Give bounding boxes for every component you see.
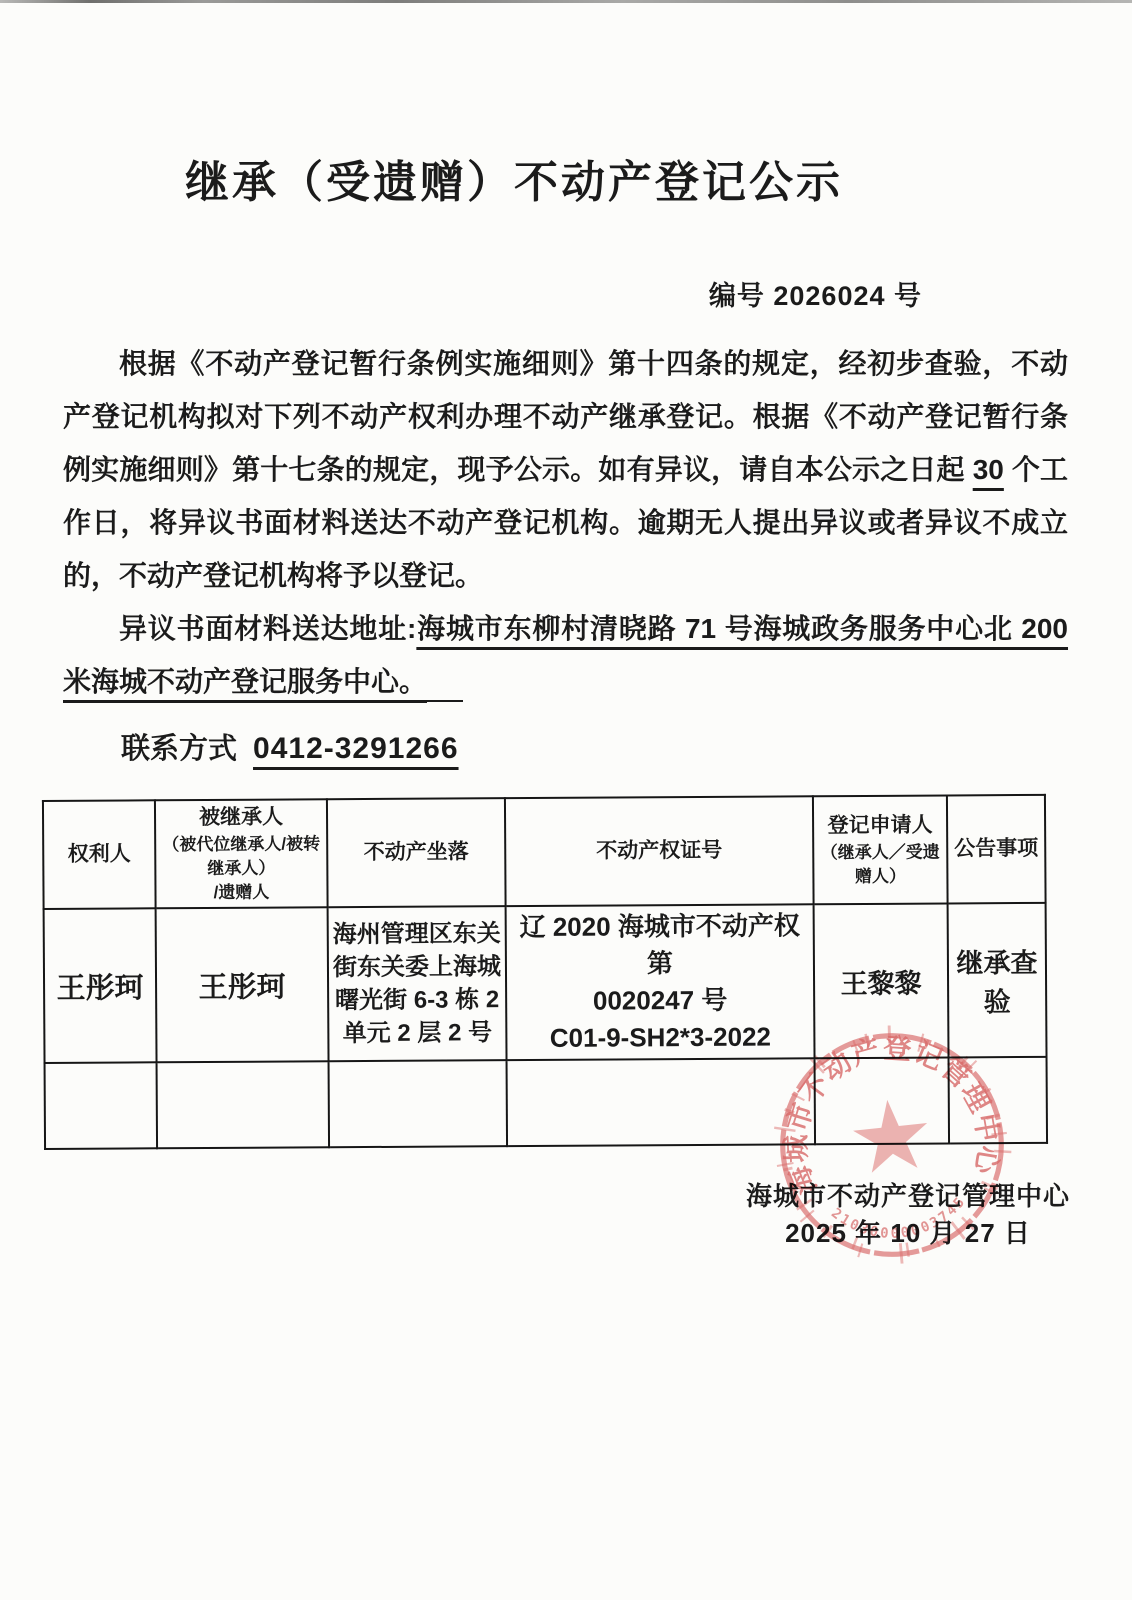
header-notice-item: 公告事项 xyxy=(947,795,1046,904)
header-decedent-sub2: /遗赠人 xyxy=(160,880,322,905)
document-page: 继承（受遗赠）不动产登记公示 编号 2026024 号 根据《不动产登记暂行条例… xyxy=(0,0,1132,1600)
document-body: 编号 2026024 号 根据《不动产登记暂行条例实施细则》第十四条的规定，经初… xyxy=(0,274,1132,1252)
cell-certificate-no: 辽 2020 海城市不动产权第 0020247 号 C01-9-SH2*3-20… xyxy=(506,904,815,1060)
cell-applicant: 王黎黎 xyxy=(814,903,949,1058)
cell-right-holder: 王彤珂 xyxy=(44,908,157,1063)
paragraph-regulation: 根据《不动产登记暂行条例实施细则》第十四条的规定，经初步查验，不动产登记机构拟对… xyxy=(63,337,1068,602)
contact-phone: 0412-3291266 xyxy=(253,732,459,765)
cell-decedent: 王彤珂 xyxy=(156,907,329,1062)
address-underline-tail xyxy=(427,660,463,702)
empty-cell xyxy=(949,1057,1048,1144)
contact-label: 联系方式 xyxy=(121,733,237,765)
empty-cell xyxy=(815,1057,950,1144)
issue-date: 2025 年 10 月 27 日 xyxy=(623,1215,1132,1252)
empty-cell xyxy=(45,1062,158,1149)
header-property-location: 不动产坐落 xyxy=(327,798,506,907)
header-decedent-sub1: （被代位继承人/被转继承人） xyxy=(160,832,322,881)
deadline-days: 30 xyxy=(973,454,1004,485)
header-right-holder: 权利人 xyxy=(43,800,156,909)
empty-cell xyxy=(157,1061,330,1148)
page-title: 继承（受遗赠）不动产登记公示 xyxy=(0,0,1080,210)
empty-cell xyxy=(329,1060,508,1147)
cell-notice-item: 继承查验 xyxy=(948,903,1047,1058)
header-decedent-main: 被继承人 xyxy=(160,802,322,833)
header-certificate-no: 不动产权证号 xyxy=(505,796,814,906)
cell-property-location: 海州管理区东关街东关委上海城曙光街 6-3 栋 2 单元 2 层 2 号 xyxy=(328,906,507,1061)
header-decedent: 被继承人 （被代位继承人/被转继承人） /遗赠人 xyxy=(155,799,328,908)
empty-cell xyxy=(507,1058,816,1146)
address-label: 异议书面材料送达地址: xyxy=(119,613,416,644)
paragraph-contact: 联系方式0412-3291266 xyxy=(63,722,1068,776)
header-applicant-main: 登记申请人 xyxy=(818,811,942,842)
table-data-row: 王彤珂 王彤珂 海州管理区东关街东关委上海城曙光街 6-3 栋 2 单元 2 层… xyxy=(44,903,1047,1063)
issuer-name: 海城市不动产登记管理中心 xyxy=(623,1178,1132,1215)
header-applicant-sub: （继承人／受遗赠人） xyxy=(818,841,942,890)
table-header-row: 权利人 被继承人 （被代位继承人/被转继承人） /遗赠人 不动产坐落 不动产权证… xyxy=(43,795,1046,909)
paragraph-address: 异议书面材料送达地址:海城市东柳村清晓路 71 号海城政务服务中心北 200 米… xyxy=(63,602,1068,708)
regulation-text-1: 根据《不动产登记暂行条例实施细则》第十四条的规定，经初步查验，不动产登记机构拟对… xyxy=(63,348,1068,485)
table-empty-row xyxy=(45,1057,1048,1149)
doc-number: 编号 2026024 号 xyxy=(63,274,1068,313)
header-applicant: 登记申请人 （继承人／受遗赠人） xyxy=(813,795,948,904)
registration-table: 权利人 被继承人 （被代位继承人/被转继承人） /遗赠人 不动产坐落 不动产权证… xyxy=(42,794,1048,1150)
signature-block: 海城市不动产登记管理中心 2025 年 10 月 27 日 xyxy=(623,1178,1132,1252)
